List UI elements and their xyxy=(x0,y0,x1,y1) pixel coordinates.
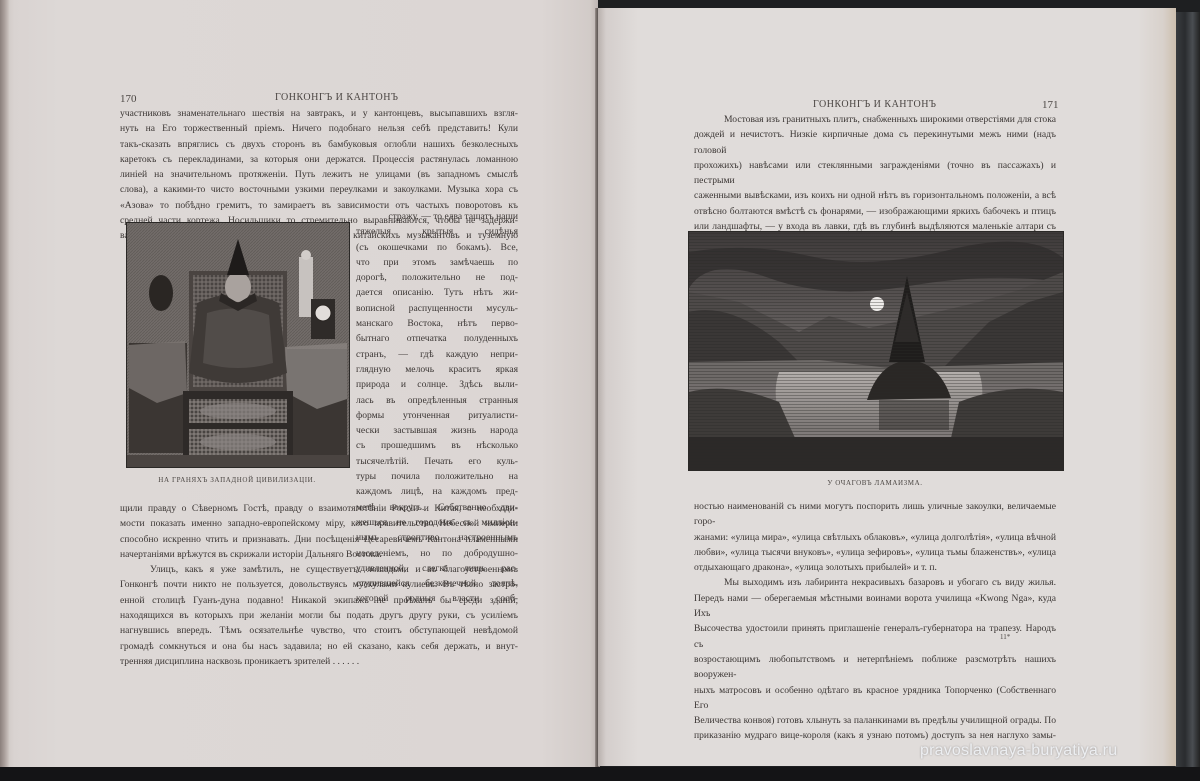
text-line: съ прошедшимъ въ нѣсколько xyxy=(356,438,518,453)
text-line: манскаго Востока, нѣтъ перво- xyxy=(356,316,518,331)
text-line: чески застывшая жизнь народа xyxy=(356,423,518,438)
moonlit-lake-illustration xyxy=(689,232,1063,470)
text-line: нагнувшись впередъ. Тѣмъ осязательнѣе чу… xyxy=(120,623,518,638)
text-line: тысячелѣтій. Печать его куль- xyxy=(356,454,518,469)
text-line: странъ, — гдѣ каждую непри- xyxy=(356,347,518,362)
text-line: нуть на Его торжественный пріемъ. Ничего… xyxy=(120,121,518,136)
right-page: ГОНКОНГЪ И КАНТОНЪ 171 Мостовая изъ гран… xyxy=(598,8,1176,766)
page-number-left: 170 xyxy=(120,93,137,105)
text-line: мости показать именно западно-европейско… xyxy=(120,516,518,531)
text-line: щили правду о Сѣверномъ Гостѣ, правду о … xyxy=(120,501,518,516)
left-page: 170 ГОНКОНГЪ И КАНТОНЪ участниковъ знаме… xyxy=(0,0,598,767)
text-line: каретокъ съ перекладинами, за которыя он… xyxy=(120,152,518,167)
text-line: Мостовая изъ гранитныхъ плитъ, снабженны… xyxy=(694,112,1056,127)
text-line: Улицъ, какъ я уже замѣтилъ, не существуе… xyxy=(120,562,518,577)
text-line: прохожихъ) навѣсами или стеклянными загр… xyxy=(694,158,1056,189)
figure-lama-engraving xyxy=(126,222,350,468)
page-edge-stack xyxy=(0,0,10,767)
text-line: формы утонченная ритуалисти- xyxy=(356,408,518,423)
text-line: возростающимъ любопытствомъ и нетерпѣніе… xyxy=(694,652,1056,683)
text-line: Передъ нами — оберегаемыя мѣстными воина… xyxy=(694,591,1056,622)
signature-mark: 11* xyxy=(1000,633,1010,641)
text-line: Величества конвоя) готовъ хлынуть за пал… xyxy=(694,713,1056,728)
figure-caption-lake: У ОЧАГОВЪ ЛАМАИЗМА. xyxy=(688,479,1062,487)
page-number-right: 171 xyxy=(1042,99,1059,111)
text-line: (съ окошечками по бокамъ). Все, xyxy=(356,240,518,255)
text-line: лась въ опредѣленныя странныя xyxy=(356,393,518,408)
text-line: отдыхающаго дракона», «улица золотыхъ пр… xyxy=(694,560,1056,575)
text-line: природа и солнце. Здѣсь выли- xyxy=(356,377,518,392)
text-line: стражу, — то едва тащатъ наши xyxy=(356,209,518,224)
text-line: ностью наименованій съ ними могутъ поспо… xyxy=(694,499,1056,530)
text-line: тяжелыя крытыя сидѣнья xyxy=(356,224,518,239)
book-spread: 170 ГОНКОНГЪ И КАНТОНЪ участниковъ знаме… xyxy=(0,0,1200,781)
lama-engraving-illustration xyxy=(127,223,349,467)
text-line: глядную мелочь краситъ яркая xyxy=(356,362,518,377)
text-line: дорогѣ, положительно не под- xyxy=(356,270,518,285)
text-line: громадѣ сомкнуться и она бы насъ задавил… xyxy=(120,639,518,654)
text-line: отвѣсно болтаются вмѣстѣ съ фонарями, — … xyxy=(694,204,1056,219)
text-line: линіей на значительномъ протяженіи. Путь… xyxy=(120,167,518,182)
text-line: жанами: «улица мира», «улица свѣтлыхъ об… xyxy=(694,530,1056,545)
text-line: дается описанію. Тутъ нѣтъ жи- xyxy=(356,285,518,300)
text-line: участниковъ знаменательнаго шествія на з… xyxy=(120,106,518,121)
text-line: что при этомъ замѣчаешь по xyxy=(356,255,518,270)
text-line: каждомъ лицѣ, на каждомъ пред- xyxy=(356,484,518,499)
watermark: pravoslavnaya-buryatiya.ru xyxy=(920,742,1117,760)
table-surface xyxy=(0,767,1200,781)
text-line: любви», «улица тысячи внуковъ», «улица з… xyxy=(694,545,1056,560)
figure-caption-lama: НА ГРАНЯХЪ ЗАПАДНОЙ ЦИВИЛИЗАЦІИ. xyxy=(126,476,348,484)
text-line: бытнаго отпечатка полуденныхъ xyxy=(356,331,518,346)
text-line: слова), а какими-то чисто восточными узк… xyxy=(120,182,518,197)
text-line: туры почила положительно на xyxy=(356,469,518,484)
text-line: находящихся въ которыхъ при желаніи могл… xyxy=(120,608,518,623)
text-line: саженными вывѣсками, изъ коихъ ни одной … xyxy=(694,188,1056,203)
right-text-bottom: ностью наименованій съ ними могутъ поспо… xyxy=(694,499,1056,744)
text-line: Мы выходимъ изъ лабиринта некрасивыхъ ба… xyxy=(694,575,1056,590)
text-line: ныхъ матросовъ и особенно одѣтаго въ кра… xyxy=(694,683,1056,714)
book-cover-edge xyxy=(1175,12,1200,767)
text-line: тренняя дисциплина насквозь проникаетъ з… xyxy=(120,654,518,669)
text-line: Гонконгѣ почти никто не пользуется, дово… xyxy=(120,577,518,592)
text-line: дождей и нечистотъ. Низкіе кирпичные дом… xyxy=(694,127,1056,158)
left-text-bottom: щили правду о Сѣверномъ Гостѣ, правду о … xyxy=(120,501,518,669)
text-line: енной столицѣ Гуанъ-дуна подавно! Никако… xyxy=(120,593,518,608)
text-line: начертаніями врѣжутся въ скрижали исторі… xyxy=(120,547,518,562)
text-line: вописной распущенности мусуль- xyxy=(356,301,518,316)
text-line: такъ-сказать впряглись съ двухъ сторонъ … xyxy=(120,137,518,152)
running-head-right: ГОНКОНГЪ И КАНТОНЪ xyxy=(813,99,937,110)
figure-lake-engraving xyxy=(688,231,1064,471)
running-head-left: ГОНКОНГЪ И КАНТОНЪ xyxy=(275,92,399,103)
text-line: способно искренно чтить и признавать. Дн… xyxy=(120,532,518,547)
